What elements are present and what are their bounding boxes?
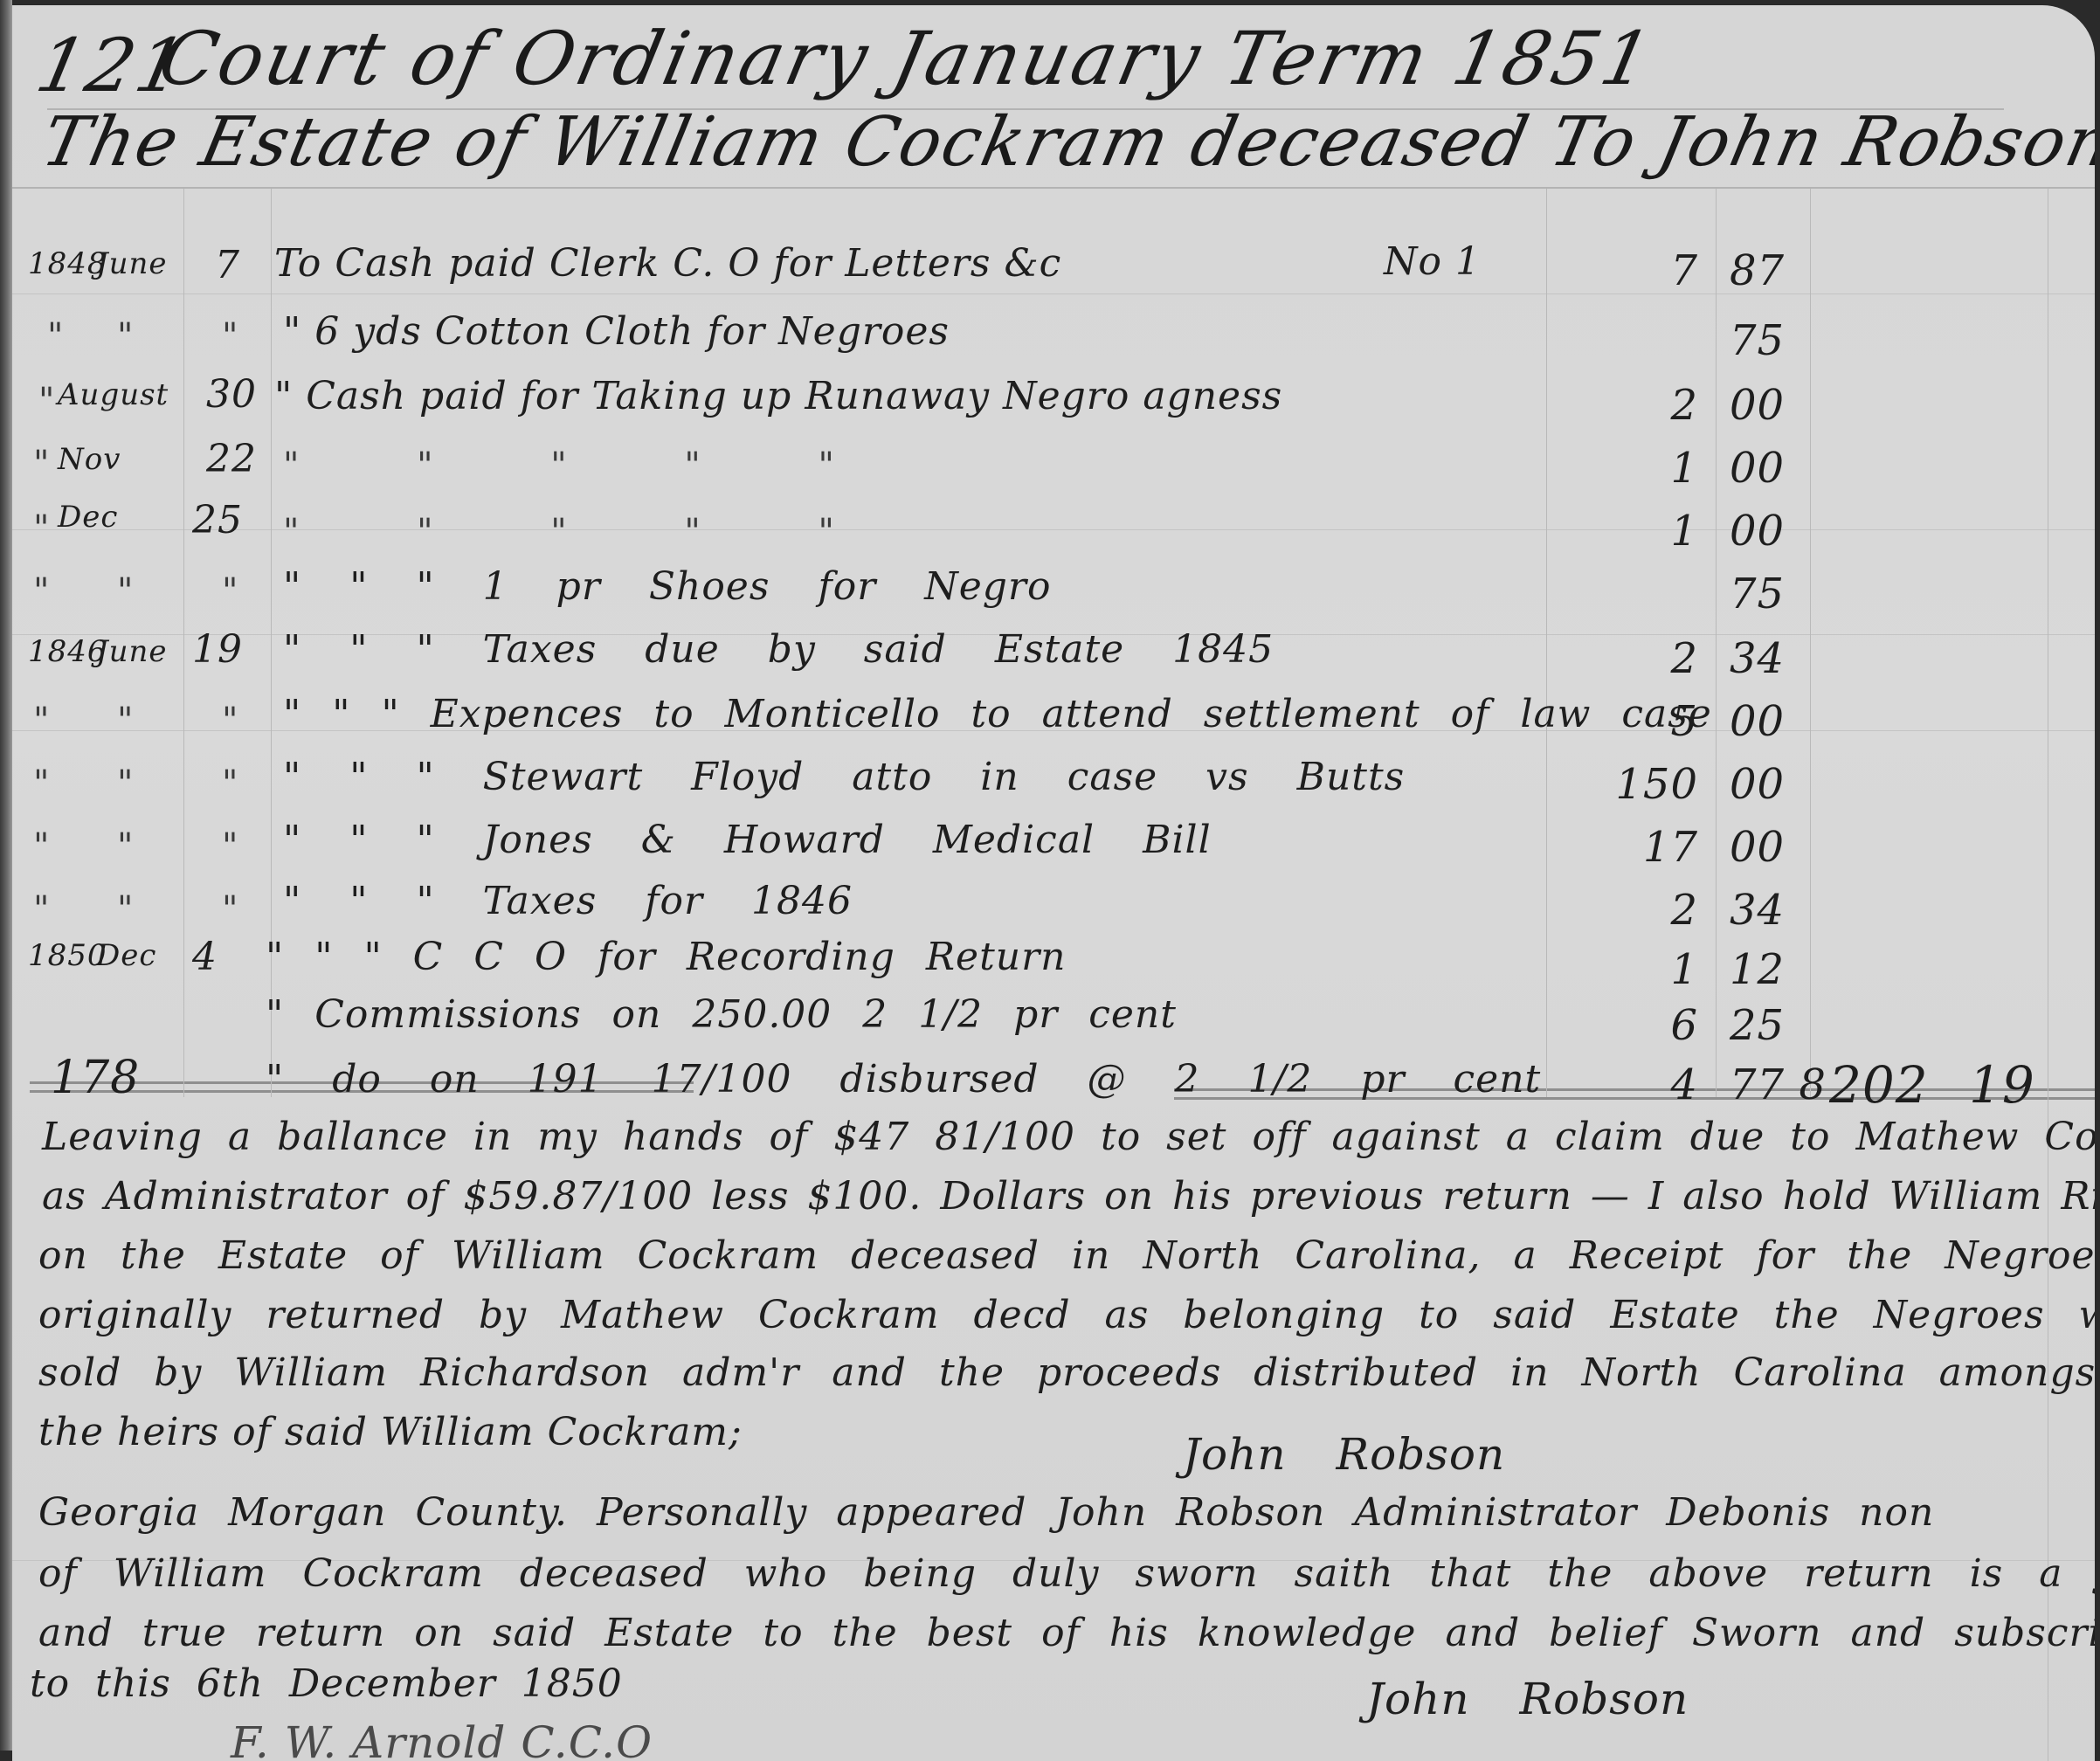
row-cents: 00 (1730, 760, 1785, 809)
row-description: " 6 yds Cotton Cloth for Negroes (283, 309, 950, 354)
header-rule-2 (12, 187, 2095, 189)
row-month: June (96, 246, 168, 281)
row-cents: 12 (1730, 945, 1785, 994)
row-month: " (117, 889, 134, 929)
row-description: " " " Expences to Monticello to attend s… (283, 692, 1712, 736)
row-day: " (222, 889, 238, 929)
row-month: June (96, 634, 168, 669)
row-year: " (33, 571, 50, 611)
row-month: " (117, 826, 134, 867)
row-description: " Cash paid for Taking up Runaway Negro … (274, 374, 1282, 418)
row-dollars: 150 (1576, 760, 1698, 809)
total-dollars: 202 (1829, 1055, 1929, 1115)
signature-john-robson-1: John Robson (1183, 1429, 1505, 1480)
row-day: 25 (192, 498, 243, 542)
row-dollars: 4 (1611, 1060, 1698, 1109)
oath-line: to this 6th December 1850 (30, 1661, 623, 1706)
row-day: 4 (192, 935, 218, 979)
column-rule-total (2048, 189, 2048, 1751)
row-cents: 25 (1730, 1001, 1785, 1050)
row-cents: 34 (1730, 886, 1785, 935)
row-day: " (222, 316, 238, 356)
court-term-title-text: Court of Ordinary January Term 1851 (152, 16, 1661, 101)
oath-line: Georgia Morgan County. Personally appear… (38, 1490, 1934, 1535)
book-binding-edge (0, 0, 12, 1751)
ledger-page: 121 Court of Ordinary January Term 1851 … (12, 5, 2095, 1751)
row-description: To Cash paid Clerk C. O for Letters &c (274, 241, 1061, 286)
column-rule-date (183, 189, 184, 1097)
row-dollars: 5 (1611, 697, 1698, 746)
row-cents: 00 (1730, 444, 1785, 493)
oath-line: and true return on said Estate to the be… (38, 1611, 2095, 1655)
row-year: 1846 (28, 634, 107, 669)
narrative-line: the heirs of said William Cockram; (38, 1410, 743, 1454)
row-day: 30 (206, 372, 257, 417)
row-month: August (58, 377, 169, 412)
row-month: Dec (96, 938, 156, 973)
row-description: " " " 1 pr Shoes for Negro (283, 564, 1051, 609)
row-day: " (222, 701, 238, 741)
row-cents: 75 (1730, 570, 1785, 618)
estate-title: The Estate of William Cockram deceased T… (35, 103, 2095, 182)
total-cents: 19 (1969, 1055, 2035, 1115)
clerk-signature: F. W. Arnold C.C.O (231, 1717, 653, 1751)
row-cents: 75 (1730, 316, 1785, 365)
row-year: " (38, 381, 55, 421)
row-cents: 00 (1730, 697, 1785, 746)
column-rule-folio (1546, 189, 1547, 1097)
row-description: " " " " " (283, 445, 835, 486)
row-day: " (222, 763, 238, 804)
row-year: " (47, 316, 64, 356)
margin-folio-note: 178 (51, 1052, 140, 1104)
narrative-line: as Administrator of $59.87/100 less $100… (42, 1174, 2095, 1219)
row-year: 1850 (28, 938, 107, 973)
row-dollars: 1 (1611, 444, 1698, 493)
row-year: " (33, 763, 50, 804)
row-dollars: 17 (1611, 823, 1698, 872)
voucher-ref: No 1 (1384, 239, 1481, 284)
row-day: 7 (215, 243, 240, 287)
row-cents: 00 (1730, 507, 1785, 556)
row-year: 1848 (28, 246, 107, 281)
narrative-line: on the Estate of William Cockram decease… (38, 1233, 2095, 1278)
row-year: " (33, 826, 50, 867)
row-month: Nov (58, 442, 121, 477)
row-year: " (33, 701, 50, 741)
row-month: " (117, 763, 134, 804)
row-cents: 77 8 (1730, 1060, 1827, 1109)
row-day: " (222, 826, 238, 867)
row-description: " Commissions on 250.00 2 1/2 pr cent (266, 992, 1177, 1037)
row-day: 19 (192, 627, 243, 672)
row-cents: 00 (1730, 823, 1785, 872)
row-year: " (33, 889, 50, 929)
row-dollars: 1 (1611, 945, 1698, 994)
row-day: " (222, 571, 238, 611)
row-year: " (33, 444, 50, 484)
row-cents: 34 (1730, 634, 1785, 683)
row-cents: 87 (1730, 246, 1785, 295)
signature-john-robson-2: John Robson (1366, 1674, 1689, 1724)
column-rule-cents (1810, 189, 1811, 1097)
row-description: " do on 191 17/100 disbursed @ 2 1/2 pr … (266, 1057, 1541, 1101)
narrative-line: sold by William Richardson adm'r and the… (38, 1350, 2095, 1395)
narrative-line: originally returned by Mathew Cockram de… (38, 1293, 2095, 1337)
row-month: " (117, 571, 134, 611)
row-cents: 00 (1730, 381, 1785, 430)
row-month: " (117, 316, 134, 356)
row-dollars: 1 (1611, 507, 1698, 556)
row-dollars: 2 (1611, 634, 1698, 683)
column-rule-dollars (1716, 189, 1717, 1097)
row-description: " " " Stewart Floyd atto in case vs Butt… (283, 755, 1405, 799)
row-dollars: 7 (1611, 246, 1698, 295)
oath-line: of William Cockram deceased who being du… (38, 1551, 2095, 1596)
row-day: 22 (206, 437, 257, 481)
row-year: " (33, 508, 50, 549)
row-description: " " " Taxes due by said Estate 1845 (283, 627, 1274, 672)
narrative-line: Leaving a ballance in my hands of $47 81… (42, 1115, 2095, 1159)
row-dollars: 2 (1611, 886, 1698, 935)
row-description: " " " Jones & Howard Medical Bill (283, 818, 1212, 862)
row-dollars: 2 (1611, 381, 1698, 430)
court-term-title: Court of Ordinary January Term 1851 (152, 16, 1661, 101)
row-month: Dec (58, 500, 118, 535)
row-description: " " " " " (283, 512, 835, 552)
row-description: " " " Taxes for 1846 (283, 879, 853, 923)
row-month: " (117, 701, 134, 741)
row-dollars: 6 (1611, 1001, 1698, 1050)
row-description: " " " C C O for Recording Return (266, 935, 1066, 979)
